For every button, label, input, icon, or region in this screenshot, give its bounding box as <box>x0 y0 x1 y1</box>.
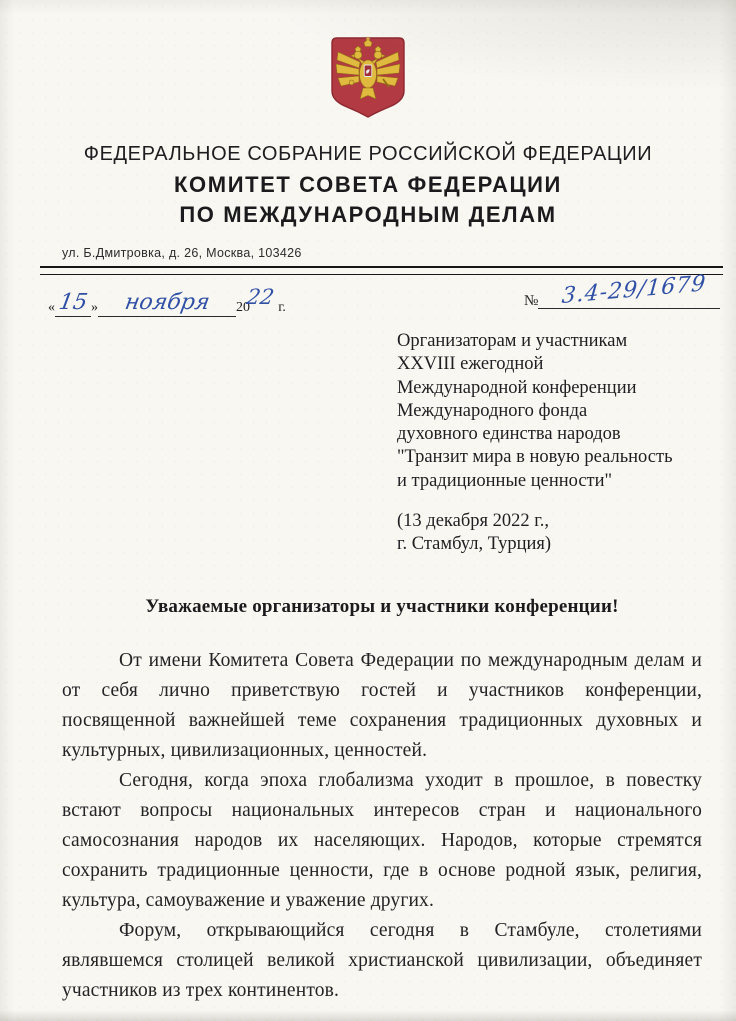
handwritten-month: ноября <box>123 294 211 312</box>
date-quote-open: « <box>48 300 55 315</box>
body-paragraph: Сегодня, когда эпоха глобализма уходит в… <box>62 766 702 916</box>
addressee-block: Организаторам и участникам XXVIII ежегод… <box>397 330 719 557</box>
addressee-line: духовного единства народов <box>397 423 719 446</box>
handwritten-year: 22 <box>245 285 276 309</box>
committee-title-line2: ПО МЕЖДУНАРОДНЫМ ДЕЛАМ <box>0 202 736 228</box>
date-year-suffix: г. <box>278 300 286 315</box>
event-details-line: (13 декабря 2022 г., <box>397 510 719 533</box>
russian-coat-of-arms-icon <box>330 36 406 120</box>
salutation: Уважаемые организаторы и участники конфе… <box>62 596 702 618</box>
doc-number-label: № <box>524 293 538 309</box>
addressee-line: Международного фонда <box>397 400 719 423</box>
letter-body: От имени Комитета Совета Федерации по ме… <box>62 646 702 1006</box>
addressee-line: XXVIII ежегодной <box>397 353 719 376</box>
org-title: ФЕДЕРАЛЬНОЕ СОБРАНИЕ РОССИЙСКОЙ ФЕДЕРАЦИ… <box>0 143 736 166</box>
doc-number-blank: 3.4-29/1679 <box>538 290 720 309</box>
body-paragraph: Форум, открывающийся сегодня в Стамбуле,… <box>62 916 702 1006</box>
date-quote-close: » <box>91 300 98 315</box>
letterhead-address: ул. Б.Дмитровка, д. 26, Москва, 103426 <box>62 246 302 260</box>
date-and-number-row: «15»ноября2022 г. №3.4-29/1679 <box>0 280 736 322</box>
handwritten-doc-number: 3.4-29/1679 <box>561 275 707 306</box>
event-details-line: г. Стамбул, Турция) <box>397 533 719 556</box>
letterhead-divider <box>40 266 723 275</box>
addressee-line: "Транзит мира в новую реальность <box>397 446 719 469</box>
date-day-blank: 15 <box>55 296 91 317</box>
addressee-line: и традиционные ценности" <box>397 470 719 493</box>
addressee-line: Организаторам и участникам <box>397 330 719 353</box>
letter-page: ФЕДЕРАЛЬНОЕ СОБРАНИЕ РОССИЙСКОЙ ФЕДЕРАЦИ… <box>0 0 736 1021</box>
handwritten-day: 15 <box>57 294 88 312</box>
addressee-line: Международной конференции <box>397 377 719 400</box>
date-field: «15»ноября2022 г. <box>48 292 286 317</box>
committee-title-line1: КОМИТЕТ СОВЕТА ФЕДЕРАЦИИ <box>0 172 736 198</box>
date-month-blank: ноября <box>98 296 236 317</box>
doc-number-field: №3.4-29/1679 <box>524 290 720 310</box>
body-paragraph: От имени Комитета Совета Федерации по ме… <box>62 646 702 766</box>
